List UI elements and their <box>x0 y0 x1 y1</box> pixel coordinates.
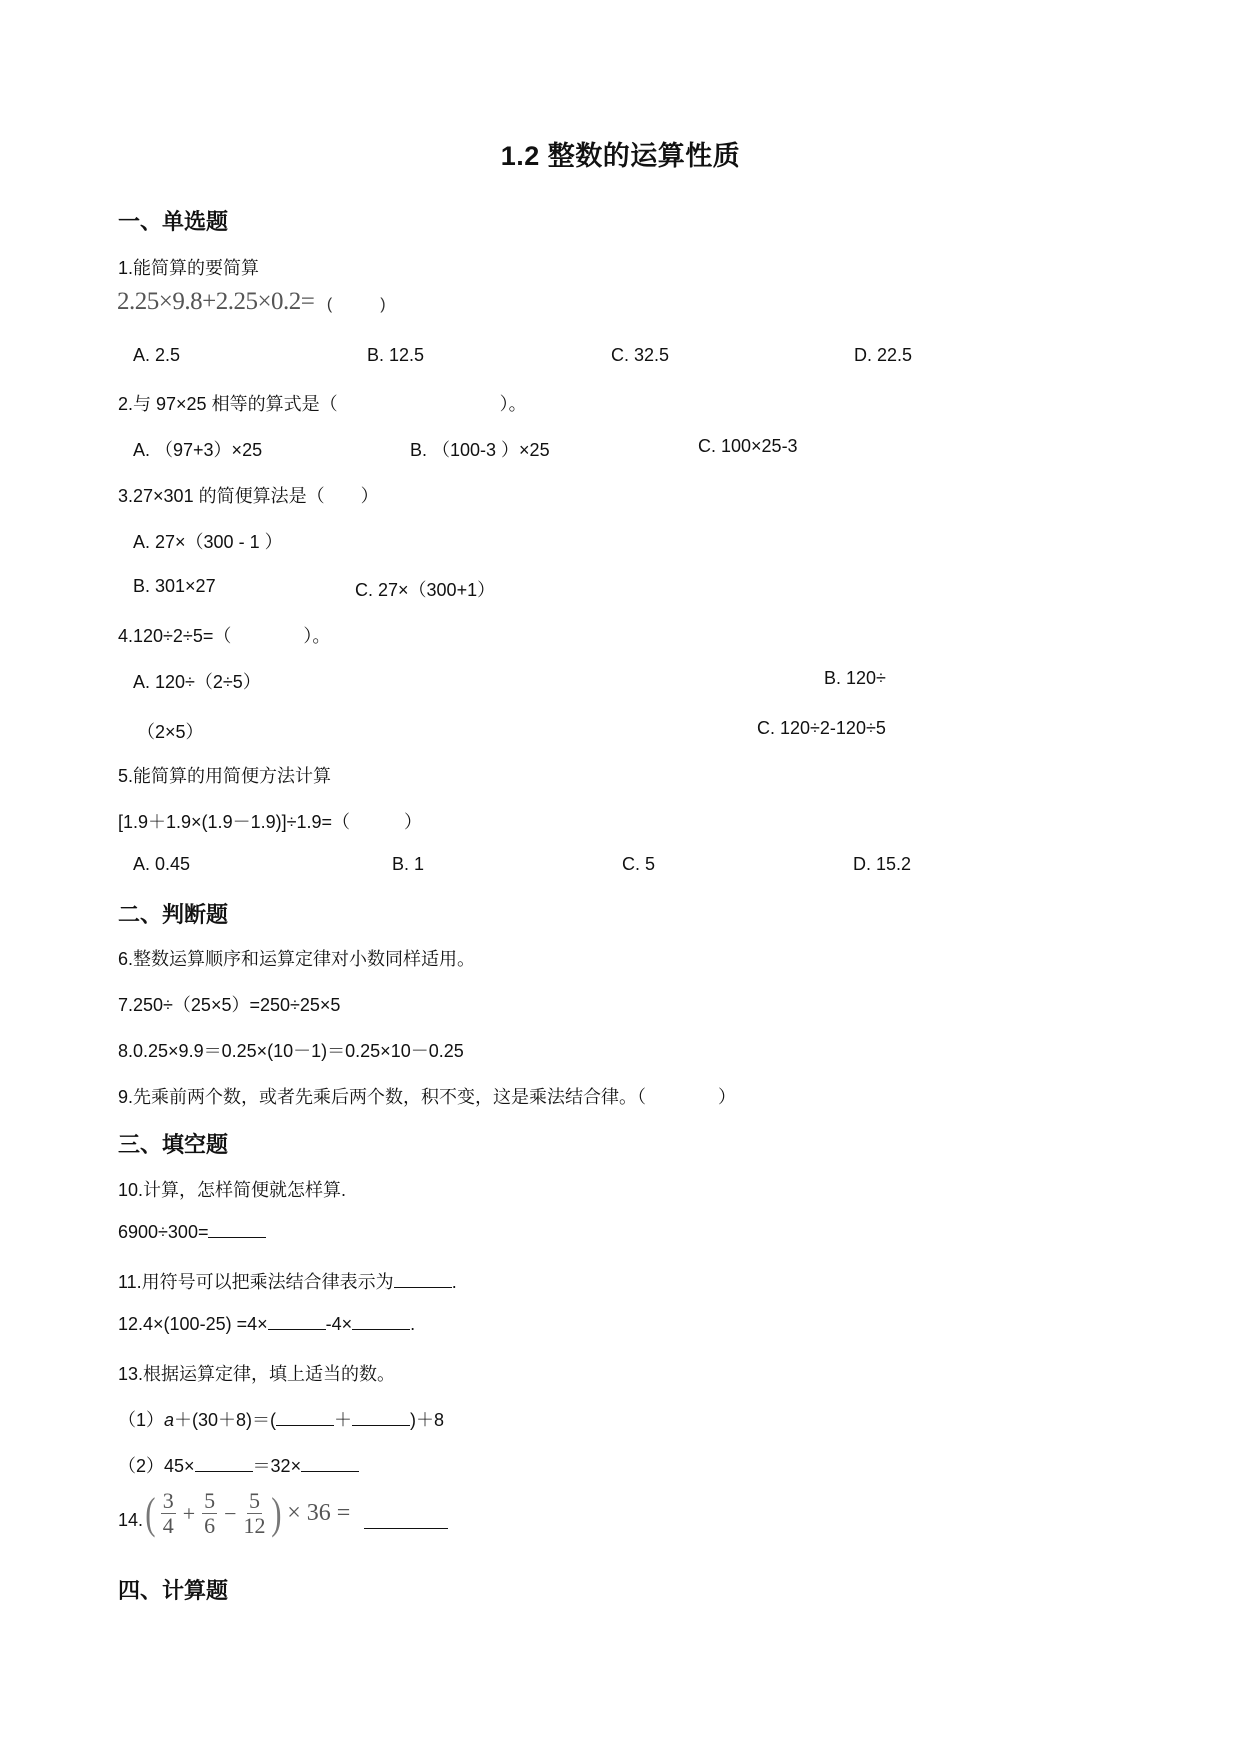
fraction-3-4: 34 <box>161 1490 176 1537</box>
question-4-option-b[interactable]: B. 120÷ <box>824 668 886 689</box>
question-5-option-b[interactable]: B. 1 <box>392 854 424 875</box>
right-paren: ) <box>271 1492 281 1536</box>
question-13-variable-a: a <box>164 1410 174 1430</box>
fraction-5-6: 56 <box>202 1490 217 1537</box>
question-13-part-2-blank-1[interactable] <box>195 1470 253 1472</box>
question-5-stem: 5.能简算的用简便方法计算 <box>118 762 331 788</box>
question-5-option-a[interactable]: A. 0.45 <box>133 854 190 875</box>
question-13-part-1-label: （1） <box>118 1410 164 1430</box>
question-3-option-c[interactable]: C. 27×（300+1） <box>355 576 495 602</box>
question-1-option-b[interactable]: B. 12.5 <box>367 345 424 366</box>
question-13-part-2-blank-2[interactable] <box>301 1470 359 1472</box>
left-paren: ( <box>145 1492 155 1536</box>
section-heading-true-false: 二、判断题 <box>118 898 228 929</box>
question-12-blank-1[interactable] <box>268 1328 326 1330</box>
question-14-tail: × 36 = <box>287 1500 350 1527</box>
fraction-5-12: 512 <box>244 1490 266 1537</box>
section-heading-single-choice: 一、单选题 <box>118 205 228 236</box>
question-5-formula: [1.9＋1.9×(1.9－1.9)]÷1.9=（ ） <box>118 808 422 834</box>
question-13-stem: 13.根据运算定律，填上适当的数。 <box>118 1360 395 1386</box>
question-12-line: 12.4×(100-25) =4×-4×. <box>118 1314 415 1335</box>
question-3-option-b[interactable]: B. 301×27 <box>133 576 216 597</box>
section-heading-fill-in: 三、填空题 <box>118 1128 228 1159</box>
question-9-stem: 9.先乘前两个数，或者先乘后两个数，积不变，这是乘法结合律。（ ） <box>118 1083 736 1109</box>
question-2-stem: 2.与 97×25 相等的算式是（ ）。 <box>118 390 527 416</box>
question-6-stem: 6.整数运算顺序和运算定律对小数同样适用。 <box>118 945 475 971</box>
question-12-middle: -4× <box>326 1314 353 1334</box>
question-10-stem: 10.计算，怎样简便就怎样算. <box>118 1176 346 1202</box>
question-11-line: 11.用符号可以把乘法结合律表示为. <box>118 1268 457 1294</box>
question-12-period: . <box>410 1314 415 1334</box>
question-13-part-1-plus: ＋ <box>334 1410 352 1430</box>
question-4-option-c[interactable]: C. 120÷2-120÷5 <box>757 718 886 739</box>
question-12-blank-2[interactable] <box>352 1328 410 1330</box>
question-12-prefix: 12.4×(100-25) =4× <box>118 1314 268 1334</box>
question-1-formula-row: 2.25×9.8+2.25×0.2= ( ) <box>117 288 386 316</box>
question-13-part-1-end: )＋8 <box>410 1410 444 1430</box>
question-3-option-a[interactable]: A. 27×（300 - 1 ） <box>133 528 283 554</box>
question-5-option-c[interactable]: C. 5 <box>622 854 655 875</box>
section-heading-calculation: 四、计算题 <box>118 1574 228 1605</box>
question-13-part-1-blank-2[interactable] <box>352 1424 410 1426</box>
question-1-answer-paren: ( ) <box>327 296 386 313</box>
question-14-number: 14. <box>118 1510 143 1531</box>
question-13-part-2: （2）45×＝32× <box>118 1452 359 1478</box>
page-title: 1.2 整数的运算性质 <box>0 134 1241 173</box>
question-1-option-d[interactable]: D. 22.5 <box>854 345 912 366</box>
question-14-line: 14. ( 34 + 56 − 512 ) × 36 = <box>118 1490 448 1537</box>
question-13-part-2-prefix: （2）45× <box>118 1456 195 1476</box>
question-4-option-b-continued[interactable]: （2×5） <box>137 718 204 744</box>
question-14-answer-blank[interactable] <box>364 1527 448 1529</box>
question-3-stem: 3.27×301 的简便算法是（ ） <box>118 482 379 508</box>
question-13-part-1: （1）a＋(30＋8)＝(＋)＋8 <box>118 1406 444 1432</box>
question-2-option-a[interactable]: A. （97+3）×25 <box>133 436 262 462</box>
question-4-option-a[interactable]: A. 120÷（2÷5） <box>133 668 261 694</box>
question-1-option-c[interactable]: C. 32.5 <box>611 345 669 366</box>
question-1-formula: 2.25×9.8+2.25×0.2= <box>117 288 314 315</box>
question-11-stem: 11.用符号可以把乘法结合律表示为 <box>118 1272 394 1292</box>
question-7-stem: 7.250÷（25×5）=250÷25×5 <box>118 991 340 1017</box>
question-1-option-a[interactable]: A. 2.5 <box>133 345 180 366</box>
question-8-stem: 8.0.25×9.9＝0.25×(10－1)＝0.25×10－0.25 <box>118 1037 464 1063</box>
question-2-option-b[interactable]: B. （100-3 ）×25 <box>410 436 550 462</box>
question-1-stem: 1.能简算的要简算 <box>118 254 259 280</box>
question-2-option-c[interactable]: C. 100×25-3 <box>698 436 798 457</box>
question-4-stem: 4.120÷2÷5=（ ）。 <box>118 622 330 648</box>
question-10-expression: 6900÷300= <box>118 1222 208 1242</box>
question-5-option-d[interactable]: D. 15.2 <box>853 854 911 875</box>
worksheet-page: 1.2 整数的运算性质 一、单选题 1.能简算的要简算 2.25×9.8+2.2… <box>0 0 1241 1754</box>
question-11-period: . <box>452 1272 457 1292</box>
question-13-part-1-blank-1[interactable] <box>276 1424 334 1426</box>
question-11-answer-blank[interactable] <box>394 1286 452 1288</box>
question-10-line: 6900÷300= <box>118 1222 266 1243</box>
question-13-part-1-expression: ＋(30＋8)＝( <box>174 1410 276 1430</box>
question-13-part-2-middle: ＝32× <box>253 1456 302 1476</box>
question-14-formula: ( 34 + 56 − 512 ) × 36 = <box>143 1490 350 1537</box>
question-10-answer-blank[interactable] <box>208 1236 266 1238</box>
